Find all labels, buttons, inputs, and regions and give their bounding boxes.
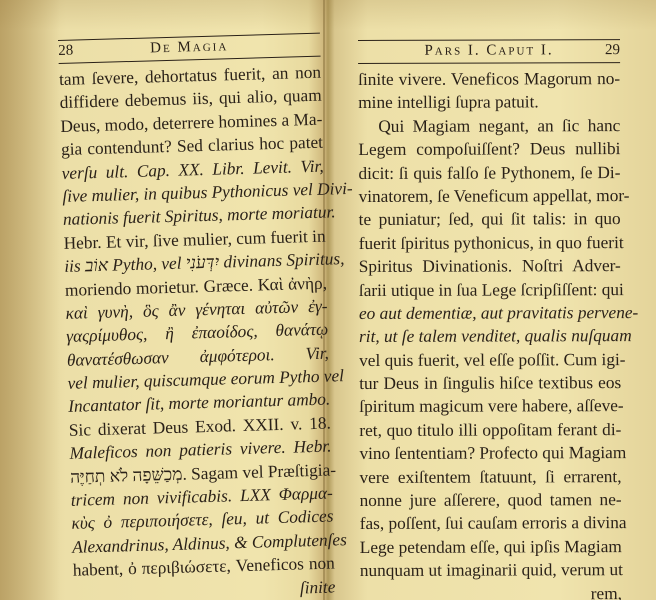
- text-line: Spiritus Divinationis. Noſtri Adver-: [359, 254, 621, 278]
- text-line: ſarii utique in ſua Lege ſcripſiſſent: q…: [359, 278, 621, 302]
- text-line: vel quis fuerit, vel eſſe poſſit. Cum ig…: [359, 348, 621, 372]
- page-number: 28: [58, 43, 73, 60]
- text-line: rit, ut ſe talem venditet, qualis nuſqua…: [359, 324, 621, 348]
- text-line: ſinite vivere. Veneficos Magorum no-: [358, 67, 620, 91]
- catchword: rem,: [360, 582, 622, 600]
- body-text: tam ſevere, dehortatus fuerit, an non di…: [59, 61, 336, 600]
- header-rule-bottom: [358, 62, 620, 64]
- text-line: nonne jure aſſerere, quod tamen ne-: [360, 488, 622, 512]
- text-line: tur Deus in ſingulis hiſce textibus eos: [359, 371, 621, 395]
- text-line: vinatorem, ſe Veneficum appellat, mor-: [359, 184, 621, 208]
- text-line: vere exiſtentem ſtatuunt, ſi errarent,: [359, 465, 621, 489]
- text-line: Legem compoſuiſſent? Deus nullibi: [358, 137, 620, 161]
- body-text: ſinite vivere. Veneficos Magorum no- min…: [358, 67, 622, 600]
- text-line: fas, poſſent, ſui cauſam erroris a divin…: [360, 512, 622, 536]
- open-book: 28 De Magia 28 tam ſevere, dehortatus fu…: [0, 0, 656, 600]
- text-line: mine intelligi ſupra patuit.: [358, 90, 620, 114]
- page-edge-shadow: [0, 0, 60, 600]
- text-line: ret, quo titulo illi oppoſitam ferant di…: [359, 418, 621, 442]
- left-page: 28 De Magia 28 tam ſevere, dehortatus fu…: [58, 33, 336, 600]
- top-shadow: [0, 0, 656, 30]
- running-head-title: Pars I. Caput I.: [373, 42, 605, 60]
- right-page: 29 Pars I. Caput I. 29 ſinite vivere. Ve…: [358, 39, 622, 600]
- text-line: eo aut dementiæ, aut pravitatis pervene-: [359, 301, 621, 325]
- page-number: 29: [605, 42, 620, 59]
- text-line: te puniatur; ſed, qui ſit talis: in quo: [359, 207, 621, 231]
- text-line: nunquam ut imaginarii quid, verum ut: [360, 558, 622, 582]
- text-line: ſpiritum magicum vere habere, aſſeve-: [359, 395, 621, 419]
- text-line: vino ſententiam? Profecto qui Magiam: [359, 441, 621, 465]
- text-line: dicit: ſi quis falſo ſe Pythonem, ſe Di-: [358, 161, 620, 185]
- running-header: 29 Pars I. Caput I. 29: [358, 40, 620, 63]
- text-line: Qui Magiam negant, an ſic hanc: [358, 114, 620, 138]
- text-line: fuerit ſpiritus pythonicus, in quo fueri…: [359, 231, 621, 255]
- text-line: Lege petendam eſſe, qui ipſis Magiam: [360, 535, 622, 559]
